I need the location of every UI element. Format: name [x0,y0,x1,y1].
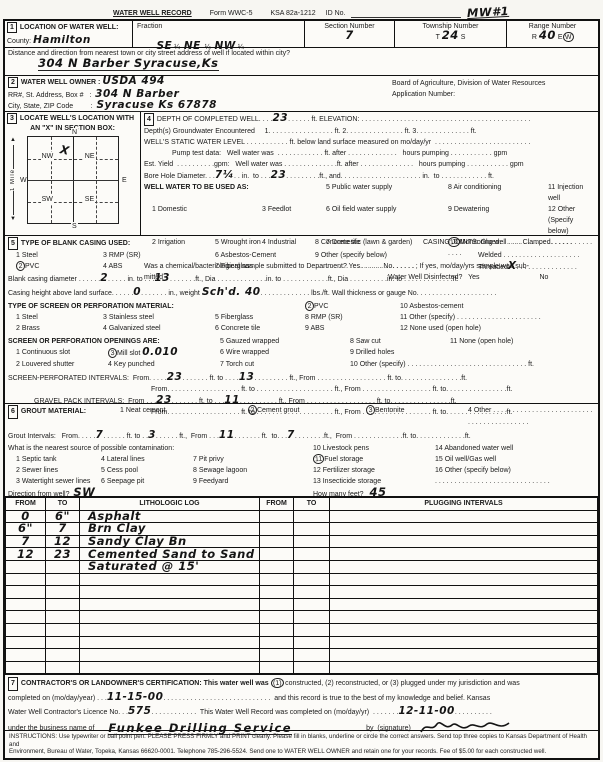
depth-cell: 0 [6,510,46,523]
lithology-cell: Saturated @ 15' [80,560,260,573]
screen-pvc: 2PVC [305,301,400,312]
mile-bar2 [13,191,14,215]
openings-title: SCREEN OR PERFORATION OPENINGS ARE: [8,336,220,347]
depth-cell [6,560,46,573]
depth-cell [260,649,294,662]
depth-cell [260,560,294,573]
owner-right: Board of Agriculture, Division of Water … [388,76,598,111]
casing-asbestos: 6 Asbestos-Cement [215,250,315,261]
src-abandoned: 14 Abandoned water well [435,443,595,454]
township-value: 24 [442,28,459,42]
threaded-x: X [508,260,517,272]
millslot-circled-number: 3 [108,348,118,359]
src-feedyard: 9 Feedyard [193,476,313,487]
log-row: Saturated @ 15' [6,560,598,573]
address-colon: : [89,92,91,99]
screen-steel: 1 Steel [8,312,103,323]
quarter-line-v2 [96,137,97,223]
owner-value: USDA 494 [102,75,165,87]
depth-cell [46,598,80,611]
cert-title: CONTRACTOR'S OR LANDOWNER'S CERTIFICATIO… [21,680,269,687]
id-label: ID No. [326,9,346,18]
well-use-title: WELL WATER TO BE USED AS: [144,182,326,193]
lithology-cell [80,636,260,649]
src-livestock: 10 Livestock pens [313,443,435,454]
gi-seg4: . . . . . . ft., From . . . [156,433,219,440]
groundwater-line: Depth(s) Groundwater Encountered 1. . . … [144,126,595,137]
bore-hole-line: Bore Hole Diameter. . .7¼. . in. to . . … [144,170,595,182]
depth-cell [46,611,80,624]
use-domestic: 1 Domestic [144,204,262,215]
depth-cell [46,649,80,662]
grout-to2: 7 [287,429,295,441]
completed-label: completed on (mo/day/year) . . . [8,695,107,702]
contamination-grid: What is the nearest source of possible c… [8,443,595,500]
city-colon: : [91,103,93,110]
range-prefix: R [532,34,537,41]
pvc-label: PVC [25,263,39,270]
quadrant-ne: NE [84,152,96,161]
src-fertilizer: 12 Fertilizer storage [313,465,435,476]
use-oilfield: 6 Oil field water supply [326,204,448,215]
depth-cell [294,535,330,548]
section2-number: 2 [8,77,18,88]
depth-cell [46,573,80,586]
lithology-cell: Brn Clay [80,523,260,536]
plugging-cell [330,611,598,624]
bd-label: Blank casing diameter . . . . . . [8,276,100,283]
bore-to-label: . . in. to . . . [234,173,271,180]
src-fuel: 11Fuel storage [313,454,435,465]
plugging-cell [330,598,598,611]
ksa-number: KSA 82a-1212 [270,9,315,18]
cert-line4: under the business name ofFunkee Drillin… [8,719,595,735]
log-row: 06"Asphalt [6,510,598,523]
quadrant-se: SE [84,195,95,204]
instructions-line1: INSTRUCTIONS: Use typewriter or ball poi… [9,733,594,748]
quarter-line-v1 [51,137,52,223]
log-row: 712Sandy Clay Bn [6,535,598,548]
lithology-cell [80,586,260,599]
lithologic-table: FROM TO LITHOLOGIC LOG FROM TO PLUGGING … [5,497,598,674]
depth-cell: 12 [6,548,46,561]
openings-grid: SCREEN OR PERFORATION OPENINGS ARE: 5 Ga… [8,336,595,370]
section-number-cell: Section Number 7 [305,21,395,47]
src-septic: 1 Septic tank [8,454,101,465]
screen-from-value: 23 [167,371,183,383]
location-title-cell: 1LOCATION OF WATER WELL: County: Hamilto… [5,21,133,47]
range-value: 40 [539,28,556,42]
log-row [6,649,598,662]
instructions-line2: Environment, Bureau of Water, Topeka, Ka… [9,748,594,756]
screen-galvanized: 4 Galvanized steel [103,323,215,334]
form-header: WATER WELL RECORD Form WWC-5 KSA 82a-121… [3,2,600,19]
fraction-cell: Fraction SE ¼ NE ¼ NW ¼ [133,21,305,47]
fraction-label: Fraction [137,22,300,31]
screen-brass: 2 Brass [8,323,103,334]
contamination-question: What is the nearest source of possible c… [8,443,313,454]
blank-diameter-line: Blank casing diameter . . . . . .2. . . … [8,273,595,285]
screen-interval-line1: SCREEN-PERFORATED INTERVALS: From. . . .… [8,372,595,384]
lithology-cell [80,611,260,624]
depth-cell: 6" [46,510,80,523]
bd-depth-value: 13 [154,272,170,284]
lithology-cell: Cemented Sand to Sand [80,548,260,561]
log-row: 6"7Brn Clay [6,523,598,536]
depth-cell [46,586,80,599]
grout-title: GROUT MATERIAL: [21,408,86,415]
log-row [6,573,598,586]
depth-cell [6,636,46,649]
section5-number: 5 [8,237,18,250]
src-sewer: 2 Sewer lines [8,465,101,476]
depth-cell [294,573,330,586]
opening-wire: 6 Wire wrapped [220,347,350,358]
depth-cell [260,548,294,561]
direction-label: Direction from well? [8,491,69,498]
log-row [6,586,598,599]
plugging-cell [330,649,598,662]
lithologic-table-wrap: FROM TO LITHOLOGIC LOG FROM TO PLUGGING … [5,497,598,674]
screen-material-title: TYPE OF SCREEN OR PERFORATION MATERIAL: [8,301,305,312]
opening-none: 11 None (open hole) [450,336,595,347]
casing-joints-threaded: ThreadedX. . . . . . . . . . . . . . . . [423,261,595,273]
fuel-storage-circled-number: 11 [313,454,325,465]
log-row: 1223Cemented Sand to Sand [6,548,598,561]
owner-left: 2WATER WELL OWNER : USDA 494 RR#, St. Ad… [5,76,388,111]
plugging-cell [330,548,598,561]
gi-seg2: . . . . . . ft. to . . [103,433,148,440]
mile-label: 1 Mile [9,169,18,191]
form-body: 1LOCATION OF WATER WELL: County: Hamilto… [3,19,600,760]
depth-cell [294,560,330,573]
depth-cell: 7 [46,523,80,536]
lithology-cell [80,649,260,662]
depth-cell [294,661,330,674]
casing-fiberglass: 7 Fiberglass [215,261,315,272]
casing-other-dots: . . . . . . . . . . . . . . . . . . . . … [315,261,423,272]
depth-cell [6,611,46,624]
casing-abs: 4 ABS [103,261,215,272]
log-row [6,661,598,674]
src-lagoon: 8 Sewage lagoon [193,465,313,476]
plugging-cell [330,661,598,674]
src-pitprivy: 7 Pit privy [193,454,313,465]
blank-casing-grid: 5TYPE OF BLANK CASING USED: 5 Wrought ir… [8,237,595,273]
bore-diameter-value: 7¼ [215,169,234,181]
lithology-cell [80,598,260,611]
depth-cell [260,535,294,548]
cert-line3: Water Well Contractor's Licence No. . .5… [8,705,595,719]
application-number-label: Application Number: [392,90,594,99]
section7-number: 7 [8,677,18,691]
range-west-circled: W [562,32,573,43]
city-value: Syracuse Ks 67878 [96,99,216,112]
use-other: 12 Other (Specify below) [548,204,595,237]
compass-south: S [71,222,78,231]
casing-title: TYPE OF BLANK CASING USED: [21,240,130,247]
use-public: 5 Public water supply [326,182,448,193]
cement-grout-label: Cement grout [257,407,299,414]
grout-cement: 2Cement grout [248,405,366,417]
log-row [6,623,598,636]
use-aircon: 8 Air conditioning [448,182,548,193]
cement-grout-circled-number: 2 [248,405,258,416]
lithology-cell: Asphalt [80,510,260,523]
threaded-label: Threaded [478,264,508,271]
range-cell: Range Number R 40 EW [507,21,598,47]
owner-title: WATER WELL OWNER : [21,79,100,86]
direction-value: SW [73,485,95,499]
cert-line2: completed on (mo/day/year) . . .11-15-00… [8,691,595,705]
depth-cell [294,586,330,599]
screen-stainless: 3 Stainless steel [103,312,215,323]
direction-line: Direction from well? SW [8,487,313,500]
business-name-label: under the business name of [8,723,94,735]
quadrant-nw: NW [41,152,55,161]
depth-cell [46,661,80,674]
grout-bentonite: 3Bentonite [366,405,468,417]
depth-cell [6,649,46,662]
grout-neat: 1 Neat cement [120,405,248,417]
depth-cell: 12 [46,535,80,548]
src-other-dots: . . . . . . . . . . . . . . . . . . . . … [435,476,595,487]
gi-seg6: . . . . . . . ft. to. . . [235,433,288,440]
licence-label: Water Well Contractor's Licence No. . . [8,709,128,716]
spi-to: . . . . . . . ft. to . . . . [182,375,238,382]
bd-rest: . . . . . . .ft., Dia . . . . . . . . . … [170,276,459,283]
section5-casing: 5TYPE OF BLANK CASING USED: 5 Wrought ir… [5,236,598,404]
est-yield-line: Est. Yield . . . . . . . . . .gpm: Well … [144,159,595,170]
depth-cell [6,661,46,674]
mile-arrow-bottom: ▼ [10,215,16,224]
millslot-label: Mill slot [117,350,140,357]
cert-rest2: . . . . . . . . . . . . . . . . . . . . … [163,695,490,702]
feet-value: 45 [369,485,386,499]
screen-pvc-label: PVC [314,303,328,310]
depth-cell [260,586,294,599]
casing-height-line: Casing height above land surface. . . . … [8,287,595,299]
section1-number: 1 [7,22,17,33]
county-value: Hamilton [33,34,91,46]
grout-other: 4 Other . . . . . . . . . . . . . . . . … [468,405,595,429]
casing-wrought: 5 Wrought iron [215,237,315,248]
opening-drilled: 9 Drilled holes [350,347,450,358]
feet-label: How many feet? [313,491,364,498]
address-label: RR#, St. Address, Box # [8,92,83,99]
opening-louvered: 2 Louvered shutter [8,359,108,370]
depth-cell [46,560,80,573]
depth-cell: 6" [6,523,46,536]
screen-material-grid: TYPE OF SCREEN OR PERFORATION MATERIAL: … [8,301,595,334]
section1-title: LOCATION OF WATER WELL: [20,24,119,31]
depth-cell [260,623,294,636]
lithology-cell: Sandy Clay Bn [80,535,260,548]
depth-cell [6,586,46,599]
section6-grout: 6GROUT MATERIAL: 1 Neat cement 2Cement g… [5,404,598,497]
bore-depth-value: 23 [271,169,287,181]
casing-steel: 1 Steel [8,250,103,261]
plugging-cell [330,535,598,548]
well-location-x: X [60,145,71,156]
depth-cell [294,598,330,611]
depth-value: 23 [272,112,288,124]
business-name-value: Funkee Drilling Service [108,722,292,735]
opening-sawcut: 8 Saw cut [350,336,450,347]
casing-pvc: 2PVC [8,261,103,272]
casing-rmp: 3 RMP (SR) [103,250,215,261]
licence-number-value: 575 [128,705,151,717]
depth-cell [46,636,80,649]
depth-cell [260,523,294,536]
bd-diameter-value: 2 [100,272,108,284]
use-feedlot: 3 Feedlot [262,204,326,215]
depth-cell [260,510,294,523]
plugging-cell [330,523,598,536]
cert-rest1: constructed, (2) reconstructed, or (3) p… [285,680,520,687]
township-cell: Township Number T 24 S [395,21,507,47]
section-box-diagram: NW NE SW SE X [27,136,119,224]
casing-joints-line1: CASING JOINTS: Glued. . . . . . Clamped.… [423,237,595,248]
elevation-label: . . . . . . ft. ELEVATION: . . . . . . .… [288,116,530,123]
feet-line: How many feet? 45 [313,487,595,500]
distance-row: Distance and direction from nearest town… [5,48,598,76]
ch-rest: . . . . . . . . . . . . . lbs./ft. Wall … [261,290,497,297]
depth-cell [260,611,294,624]
lithology-cell [80,623,260,636]
opening-gauzed: 5 Gauzed wrapped [220,336,350,347]
depth-cell [294,523,330,536]
plugging-cell [330,586,598,599]
spi-rest: . . . . . . . . . ft., From . . . . . . … [254,375,467,382]
screen-pvc-circled-number: 2 [305,301,315,312]
lithology-cell [80,661,260,674]
opening-continuous: 1 Continuous slot [8,347,108,358]
mile-arrow-top: ▲ [10,136,16,145]
screen-none: 12 None used (open hole) [400,323,595,334]
section-box-horizontal-line [28,180,118,181]
plugging-cell [330,510,598,523]
plugging-cell [330,573,598,586]
depth-cell [6,623,46,636]
casing-concrete: 8 Concrete tile [315,237,423,248]
screen-other: 11 Other (specify) . . . . . . . . . . .… [400,312,595,323]
grout-material-line: 6GROUT MATERIAL: 1 Neat cement 2Cement g… [8,405,595,429]
src-seepage: 6 Seepage pit [101,476,193,487]
quadrant-sw: SW [41,195,54,204]
depth-cell [294,510,330,523]
depth-cell [260,636,294,649]
depth-cell [6,573,46,586]
ch-weight-value: Sch'd. 40 [202,286,261,298]
screen-to-value: 13 [239,371,255,383]
section3-locate: 3LOCATE WELL'S LOCATION WITH AN "X" IN S… [5,112,141,235]
plugging-cell [330,623,598,636]
fuel-storage-label: Fuel storage [324,456,363,463]
range-east: E [558,34,563,41]
lithology-cell [80,573,260,586]
depth-label: DEPTH OF COMPLETED WELL. . . . [157,116,273,123]
ch-weight-label: . . . . . . . in., weight [141,290,202,297]
log-row [6,598,598,611]
bore-rest-label: . . . . . . . . .ft., and. . . . . . . .… [286,173,494,180]
depth-cell [260,661,294,674]
pvc-circled-number: 2 [16,261,26,272]
compass-east: E [121,176,128,185]
opening-keypunched: 4 Key punched [108,359,220,370]
grout-intervals-line: Grout Intervals: From. . . . .7. . . . .… [8,429,595,443]
id-blank-line [351,10,461,18]
city-label: City, State, ZIP Code [8,103,73,110]
section1-location: 1LOCATION OF WATER WELL: County: Hamilto… [5,21,598,48]
src-cesspool: 5 Cess pool [101,465,193,476]
depth-cell [294,636,330,649]
bentonite-circled-number: 3 [366,405,376,416]
form-number: Form WWC-5 [210,9,253,18]
water-well-record-form: WATER WELL RECORD Form WWC-5 KSA 82a-121… [0,0,603,762]
township-prefix: T [436,34,440,41]
depth-cell [294,623,330,636]
threaded-dots: . . . . . . . . . . . . . . . . [517,264,577,271]
depth-cell [6,598,46,611]
depth-cell [260,598,294,611]
one-mile-scale: ▲ 1 Mile ▼ [7,136,19,224]
section6-number: 6 [8,405,18,419]
src-lateral: 4 Lateral lines [101,454,193,465]
section2-owner: 2WATER WELL OWNER : USDA 494 RR#, St. Ad… [5,76,598,112]
record-date-value: 12-11-00 [398,705,455,717]
gi-label: Grout Intervals: From. . . . . [8,433,96,440]
depth-cell [46,623,80,636]
gi-seg8: . . . . . . . .ft., From . . . . . . . .… [295,433,471,440]
screen-abs: 9 ABS [305,323,400,334]
signature-scribble [419,719,511,735]
bentonite-label: Bentonite [375,407,405,414]
bd-to: . . . . . in. to . . . [108,276,154,283]
use-dewatering: 9 Dewatering [448,204,548,215]
spi-label: SCREEN-PERFORATED INTERVALS: From. . . .… [8,375,167,382]
cert-rest3: . . . . . . . . . . [455,709,492,716]
section4-depth: 4DEPTH OF COMPLETED WELL. . . .23. . . .… [141,112,598,235]
pump-test-line: Pump test data: Well water was . . . . .… [144,148,595,159]
plugging-cell [330,636,598,649]
depth-line: 4DEPTH OF COMPLETED WELL. . . .23. . . .… [144,113,595,126]
depth-cell [294,649,330,662]
bore-label: Bore Hole Diameter. . . [144,173,215,180]
depth-cell [260,573,294,586]
log-row [6,636,598,649]
casing-title-wrap: 5TYPE OF BLANK CASING USED: [8,237,215,250]
grout-from2: 11 [219,429,235,441]
section3-title-line1: LOCATE WELL'S LOCATION WITH [20,115,134,122]
cert-line1: 7CONTRACTOR'S OR LANDOWNER'S CERTIFICATI… [8,677,595,691]
screen-fiberglass: 5 Fiberglass [215,312,305,323]
section3-4-row: 3LOCATE WELL'S LOCATION WITH AN "X" IN S… [5,112,598,236]
county-label: County: [7,38,31,45]
screen-rmp: 8 RMP (SR) [305,312,400,323]
section-number-value: 7 [307,31,392,40]
casing-other: 9 Other (specify below) [315,250,423,261]
ch-height-value: 0 [133,286,141,298]
src-oilwell: 15 Oil well/Gas well [435,454,595,465]
opening-torchcut: 7 Torch cut [220,359,350,370]
distance-value: 304 N Barber Syracuse,Ks [38,56,219,71]
opening-other: 10 Other (specify) . . . . . . . . . . .… [350,359,595,370]
opening-millslot: 3Mill slot 0.010 [108,347,220,359]
constructed-circled: (1) [270,678,283,689]
plugging-cell [330,560,598,573]
ch-label: Casing height above land surface. . . . … [8,290,133,297]
